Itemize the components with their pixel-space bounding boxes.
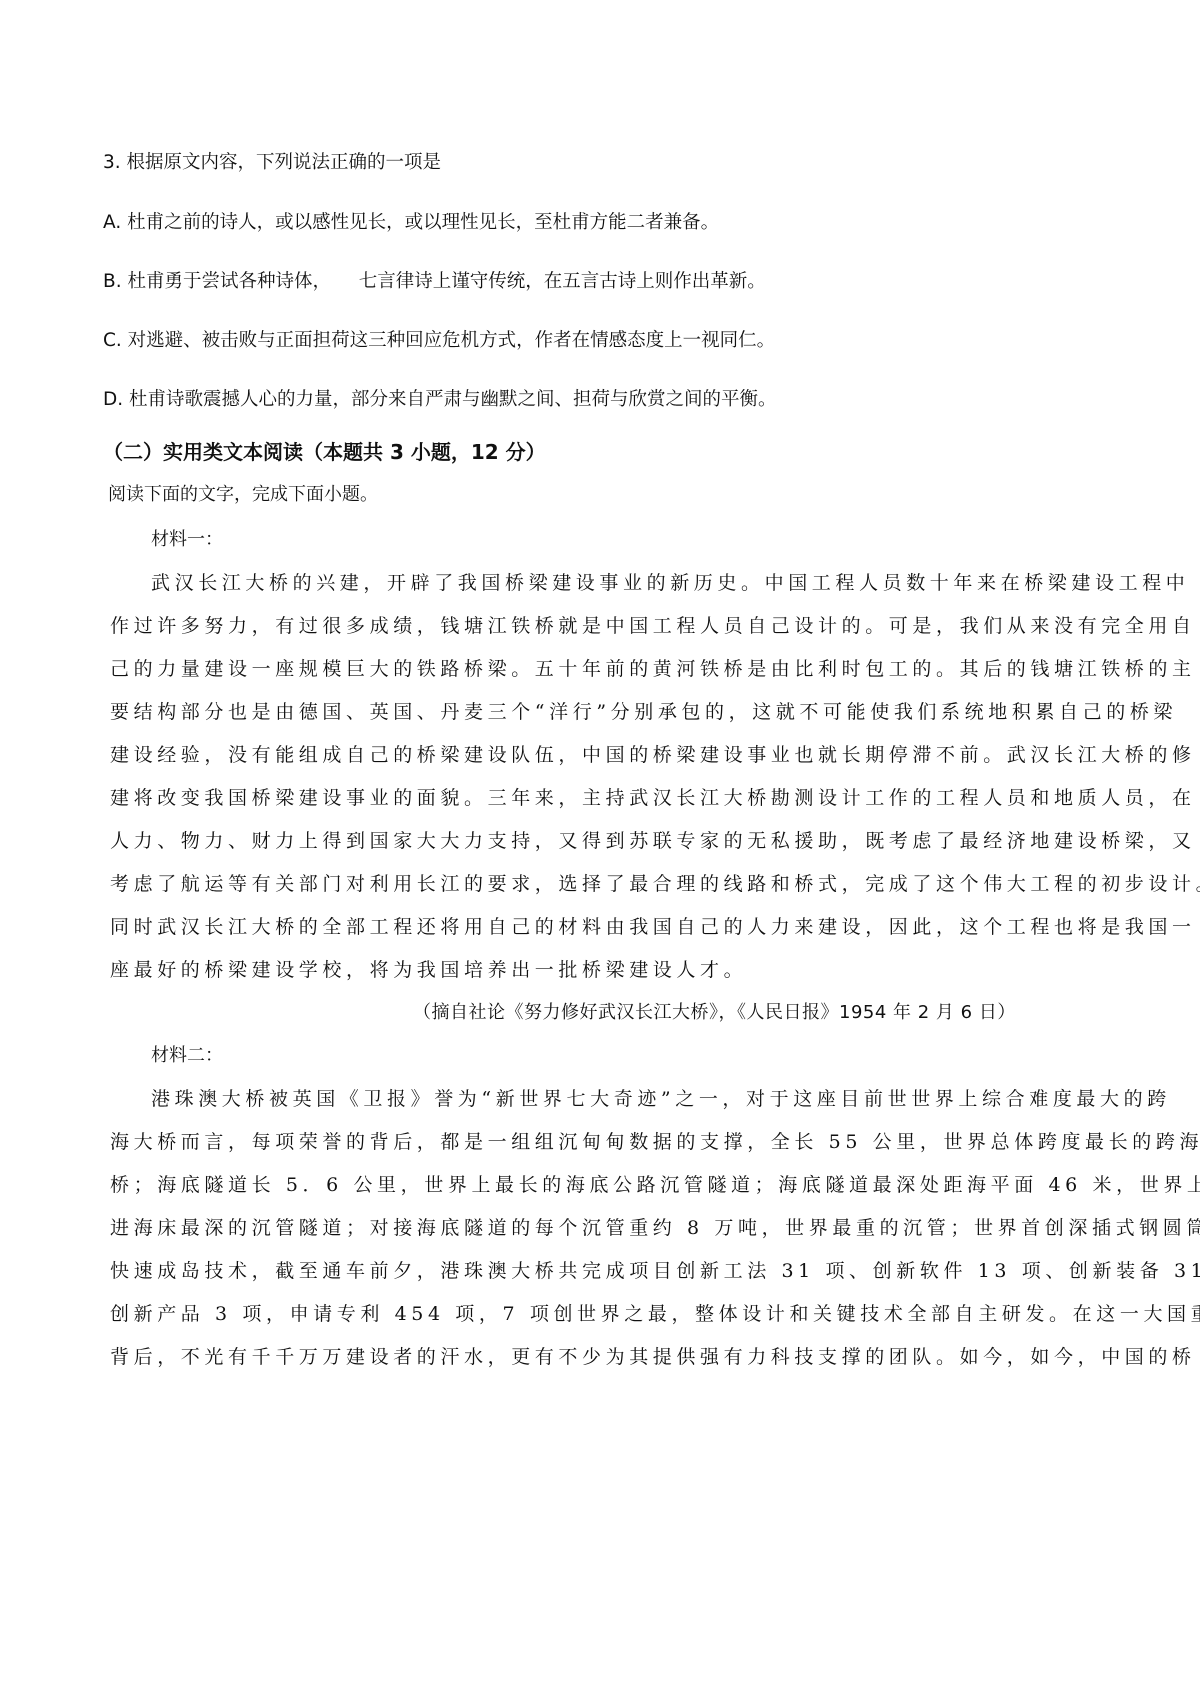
material1-source: （摘自社论《努力修好武汉长江大桥》，《人民日报》1954 年 2 月 6 日） xyxy=(413,1001,1016,1025)
section-instruction: 阅读下面的文字，完成下面小题。 xyxy=(108,483,378,507)
material2-line: 海大桥而言，每项荣誉的背后，都是一组组沉甸甸数据的支撑，全长 55 公里，世界总… xyxy=(110,1130,1200,1154)
option-c: C. 对逃避、被击败与正面担荷这三种回应危机方式，作者在情感态度上一视同仁。 xyxy=(103,329,775,353)
material1-line: 武汉长江大桥的兴建，开辟了我国桥梁建设事业的新历史。中国工程人员数十年来在桥梁建… xyxy=(151,571,1189,595)
material1-line: 建将改变我国桥梁建设事业的面貌。三年来，主持武汉长江大桥勘测设计工作的工程人员和… xyxy=(110,786,1196,810)
material1-line: 考虑了航运等有关部门对利用长江的要求，选择了最合理的线路和桥式，完成了这个伟大工… xyxy=(110,872,1200,896)
material2-line: 桥；海底隧道长 5．6 公里，世界上最长的海底公路沉管隧道；海底隧道最深处距海平… xyxy=(110,1173,1200,1197)
material2-label: 材料二： xyxy=(151,1044,223,1068)
material1-line: 人力、物力、财力上得到国家大大力支持，又得到苏联专家的无私援助，既考虑了最经济地… xyxy=(110,829,1196,853)
option-d: D. 杜甫诗歌震撼人心的力量，部分来自严肃与幽默之间、担荷与欣赏之间的平衡。 xyxy=(103,388,777,412)
material2-line: 进海床最深的沉管隧道；对接海底隧道的每个沉管重约 8 万吨，世界最重的沉管；世界… xyxy=(110,1216,1200,1240)
option-a: A. 杜甫之前的诗人，或以感性见长，或以理性见长，至杜甫方能二者兼备。 xyxy=(103,211,719,235)
material1-line: 要结构部分也是由德国、英国、丹麦三个“洋行”分别承包的，这就不可能使我们系统地积… xyxy=(110,700,1177,724)
exam-page: 3. 根据原文内容，下列说法正确的一项是 A. 杜甫之前的诗人，或以感性见长，或… xyxy=(0,0,1200,1698)
material1-line: 座最好的桥梁建设学校，将为我国培养出一批桥梁建设人才。 xyxy=(110,958,747,982)
material2-line: 创新产品 3 项，申请专利 454 项，7 项创世界之最，整体设计和关键技术全部… xyxy=(110,1302,1200,1326)
material1-line: 同时武汉长江大桥的全部工程还将用自己的材料由我国自己的人力来建设，因此，这个工程… xyxy=(110,915,1196,939)
material1-label: 材料一： xyxy=(151,528,223,552)
material2-line: 快速成岛技术，截至通车前夕，港珠澳大桥共完成项目创新工法 31 项、创新软件 1… xyxy=(110,1259,1200,1283)
material1-line: 建设经验，没有能组成自己的桥梁建设队伍，中国的桥梁建设事业也就长期停滞不前。武汉… xyxy=(110,743,1196,767)
material2-line: 背后，不光有千千万万建设者的汗水，更有不少为其提供强有力科技支撑的团队。如今，如… xyxy=(110,1345,1196,1369)
question-stem: 3. 根据原文内容，下列说法正确的一项是 xyxy=(103,151,441,175)
material2-line: 港珠澳大桥被英国《卫报》誉为“新世界七大奇迹”之一，对于这座目前世世界上综合难度… xyxy=(151,1087,1171,1111)
material1-line: 己的力量建设一座规模巨大的铁路桥梁。五十年前的黄河铁桥是由比利时包工的。其后的钱… xyxy=(110,657,1196,681)
option-b: B. 杜甫勇于尝试各种诗体， 七言律诗上谨守传统，在五言古诗上则作出革新。 xyxy=(103,270,766,294)
material1-line: 作过许多努力，有过很多成绩，钱塘江铁桥就是中国工程人员自己设计的。可是，我们从来… xyxy=(110,614,1196,638)
section-heading: （二）实用类文本阅读（本题共 3 小题，12 分） xyxy=(103,440,546,464)
